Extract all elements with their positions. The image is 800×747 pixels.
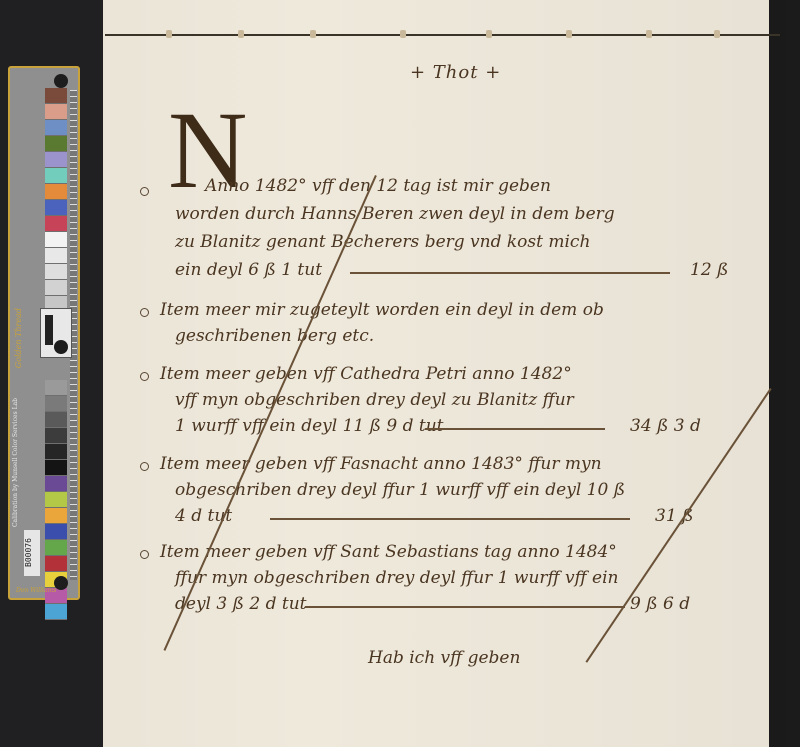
color-patch xyxy=(45,412,67,428)
color-patch xyxy=(45,88,67,104)
entry-bullet xyxy=(140,550,149,559)
binding-stitch xyxy=(310,30,316,38)
entry-amount: 12 ß xyxy=(690,260,728,280)
color-patch xyxy=(45,216,67,232)
binding-stitch xyxy=(486,30,492,38)
color-patch xyxy=(45,492,67,508)
color-patch xyxy=(45,604,67,620)
entry-bullet xyxy=(140,308,149,317)
total-rule xyxy=(350,272,670,274)
entry-line: worden durch Hanns Beren zwen deyl in de… xyxy=(175,204,615,224)
color-patch xyxy=(45,248,67,264)
color-patch xyxy=(45,540,67,556)
entry-line: ffur myn obgeschriben drey deyl ffur 1 w… xyxy=(175,568,619,588)
entry-line: ein deyl 6 ß 1 tut xyxy=(175,260,322,280)
binding-stitch xyxy=(714,30,720,38)
entry-line: zu Blanitz genant Becherers berg vnd kos… xyxy=(175,232,590,252)
color-patch xyxy=(45,476,67,492)
binding-stitch xyxy=(646,30,652,38)
color-patch xyxy=(45,184,67,200)
target-brand: Golden Thread xyxy=(14,308,23,368)
entry-line: obgeschriben drey deyl ffur 1 wurff vff … xyxy=(175,480,625,500)
entry-line: 1 wurff vff ein deyl 11 ß 9 d tut xyxy=(175,416,444,436)
total-rule xyxy=(305,606,625,608)
color-patch xyxy=(45,264,67,280)
binding-stitch xyxy=(566,30,572,38)
binding-thread xyxy=(105,34,780,36)
color-patch xyxy=(45,152,67,168)
entry-line: Anno 1482° vff den 12 tag ist mir geben xyxy=(205,176,551,196)
page-edge-shadow xyxy=(769,0,785,747)
color-patch xyxy=(45,556,67,572)
color-patch xyxy=(45,428,67,444)
ruler-hole xyxy=(54,74,68,88)
color-patch xyxy=(45,508,67,524)
color-patch xyxy=(45,120,67,136)
ruler-hole xyxy=(54,340,68,354)
color-patch xyxy=(45,460,67,476)
entry-line: Item meer geben vff Sant Sebastians tag … xyxy=(160,542,617,562)
entry-bullet xyxy=(140,187,149,196)
color-patch xyxy=(45,524,67,540)
entry-line: Item meer geben vff Fasnacht anno 1483° … xyxy=(160,454,602,474)
binding-stitch xyxy=(400,30,406,38)
target-caption: Calibration by Munsell Color Services La… xyxy=(12,398,19,527)
entry-line: geschribenen berg etc. xyxy=(175,326,374,346)
binding-stitch xyxy=(166,30,172,38)
color-patch xyxy=(45,280,67,296)
closing-note: Hab ich vff geben xyxy=(368,648,520,668)
entry-amount: 34 ß 3 d xyxy=(630,416,701,436)
entry-bullet xyxy=(140,372,149,381)
entry-bullet xyxy=(140,462,149,471)
color-patch xyxy=(45,396,67,412)
target-footer: Don Williams xyxy=(16,587,56,594)
entry-line: deyl 3 ß 2 d tut xyxy=(175,594,306,614)
entry-amount: 9 ß 6 d xyxy=(630,594,690,614)
total-rule xyxy=(425,428,605,430)
target-code: B00076 xyxy=(24,530,40,576)
color-patch xyxy=(45,444,67,460)
entry-line: Item meer geben vff Cathedra Petri anno … xyxy=(160,364,572,384)
color-patch xyxy=(45,232,67,248)
color-calibration-target: Golden Thread Calibration by Munsell Col… xyxy=(8,66,80,600)
folio-mark: + Thot + xyxy=(410,62,501,83)
entry-line: Item meer mir zugeteylt worden ein deyl … xyxy=(160,300,604,320)
total-rule xyxy=(270,518,630,520)
binding-stitch xyxy=(238,30,244,38)
color-patch xyxy=(45,168,67,184)
color-patch xyxy=(45,200,67,216)
color-patch xyxy=(45,136,67,152)
color-patch xyxy=(45,380,67,396)
color-patch xyxy=(45,104,67,120)
entry-line: vff myn obgeschriben drey deyl zu Blanit… xyxy=(175,390,574,410)
